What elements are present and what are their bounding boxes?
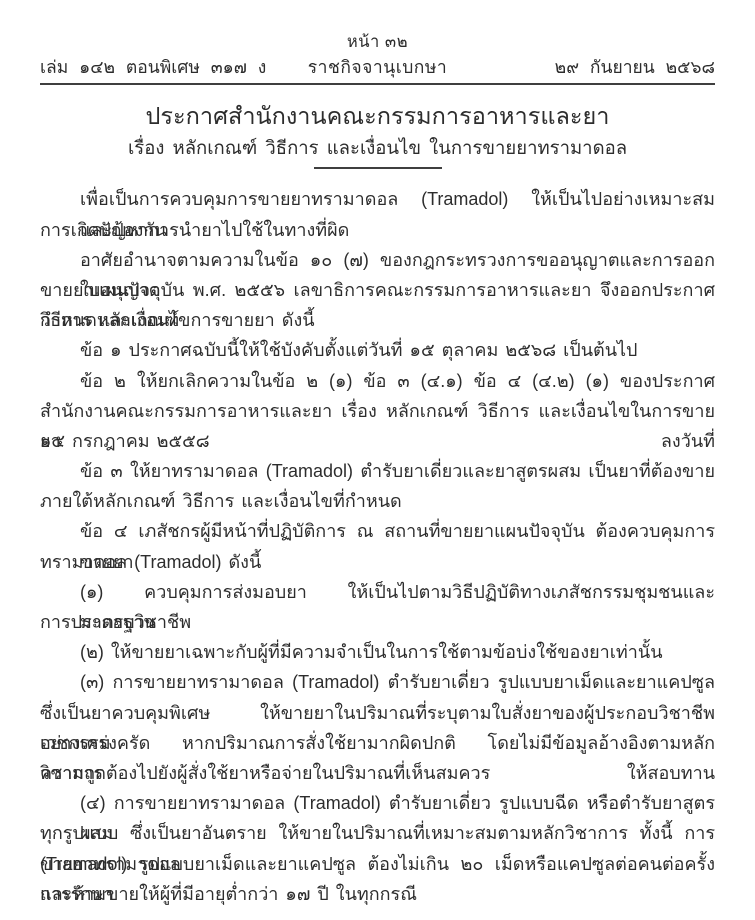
body-line: เพื่อเป็นการควบคุมการขายยาทรามาดอล (Tram… bbox=[40, 184, 715, 214]
body-line: การเกิดปัญหาการนำยาไปใช้ในทางที่ผิด bbox=[40, 215, 715, 245]
body-line: ข้อ ๑ ประกาศฉบับนี้ให้ใช้บังคับตั้งแต่วั… bbox=[40, 335, 715, 365]
body-line: อย่างเคร่งครัด หากปริมาณการสั่งใช้ยามากผ… bbox=[40, 728, 715, 758]
gazette-header: หน้า ๓๒ เล่ม ๑๔๒ ตอนพิเศษ ๓๑๗ ง ราชกิจจา… bbox=[40, 34, 715, 85]
subject-divider-line bbox=[314, 167, 442, 169]
announcement-title: ประกาศสำนักงานคณะกรรมการอาหารและยา bbox=[40, 102, 715, 130]
body-line: สำนักงานคณะกรรมการอาหารและยา เรื่อง หลัก… bbox=[40, 396, 715, 426]
gazette-date: ๒๙ กันยายน ๒๕๖๘ bbox=[447, 59, 715, 77]
body-line: (๓) การขายยาทรามาดอล (Tramadol) ตำรับยาเ… bbox=[40, 667, 715, 697]
body-line: ภายใต้หลักเกณฑ์ วิธีการ และเงื่อนไขที่กำ… bbox=[40, 486, 715, 516]
body-line: (๑) ควบคุมการส่งมอบยา ให้เป็นไปตามวิธีปฏ… bbox=[40, 577, 715, 607]
announcement-body: เพื่อเป็นการควบคุมการขายยาทรามาดอล (Tram… bbox=[40, 184, 715, 909]
header-row: เล่ม ๑๔๒ ตอนพิเศษ ๓๑๗ ง ราชกิจจานุเบกษา … bbox=[40, 59, 715, 86]
body-line: วิธีการ และเงื่อนไขการขายยา ดังนี้ bbox=[40, 305, 715, 335]
body-line: ข้อ ๓ ให้ยาทรามาดอล (Tramadol) ตำรับยาเด… bbox=[40, 456, 715, 486]
body-line: (๔) การขายยาทรามาดอล (Tramadol) ตำรับยาเ… bbox=[40, 788, 715, 818]
gazette-page: หน้า ๓๒ เล่ม ๑๔๒ ตอนพิเศษ ๓๑๗ ง ราชกิจจา… bbox=[0, 0, 755, 920]
body-line: ข้อ ๒ ให้ยกเลิกความในข้อ ๒ (๑) ข้อ ๓ (๔.… bbox=[40, 366, 715, 396]
body-line: ข้อ ๔ เภสัชกรผู้มีหน้าที่ปฏิบัติการ ณ สถ… bbox=[40, 516, 715, 546]
body-line: ทรามาดอล (Tramadol) ดังนี้ bbox=[40, 547, 715, 577]
body-line: ซึ่งเป็นยาควบคุมพิเศษ ให้ขายยาในปริมาณที… bbox=[40, 698, 715, 728]
volume-info: เล่ม ๑๔๒ ตอนพิเศษ ๓๑๗ ง bbox=[40, 59, 308, 77]
body-line: ทุกรูปแบบ ซึ่งเป็นยาอันตราย ให้ขายในปริม… bbox=[40, 818, 715, 848]
body-line: อาศัยอำนาจตามความในข้อ ๑๐ (๗) ของกฎกระทร… bbox=[40, 245, 715, 275]
announcement-subject: เรื่อง หลักเกณฑ์ วิธีการ และเงื่อนไข ในก… bbox=[40, 137, 715, 159]
page-number: หน้า ๓๒ bbox=[40, 34, 715, 51]
body-line: (Tramadol) รูปแบบยาเม็ดและยาแคปซูล ต้องไ… bbox=[40, 849, 715, 879]
body-line: และห้ามขายให้ผู้ที่มีอายุต่ำกว่า ๑๗ ปี ใ… bbox=[40, 879, 715, 909]
body-line: (๒) ให้ขายยาเฉพาะกับผู้ที่มีความจำเป็นใน… bbox=[40, 637, 715, 667]
gazette-title: ราชกิจจานุเบกษา bbox=[308, 59, 448, 77]
body-line: ขายยาแผนปัจจุบัน พ.ศ. ๒๕๕๖ เลขาธิการคณะก… bbox=[40, 275, 715, 305]
body-line: การประกอบวิชาชีพ bbox=[40, 607, 715, 637]
